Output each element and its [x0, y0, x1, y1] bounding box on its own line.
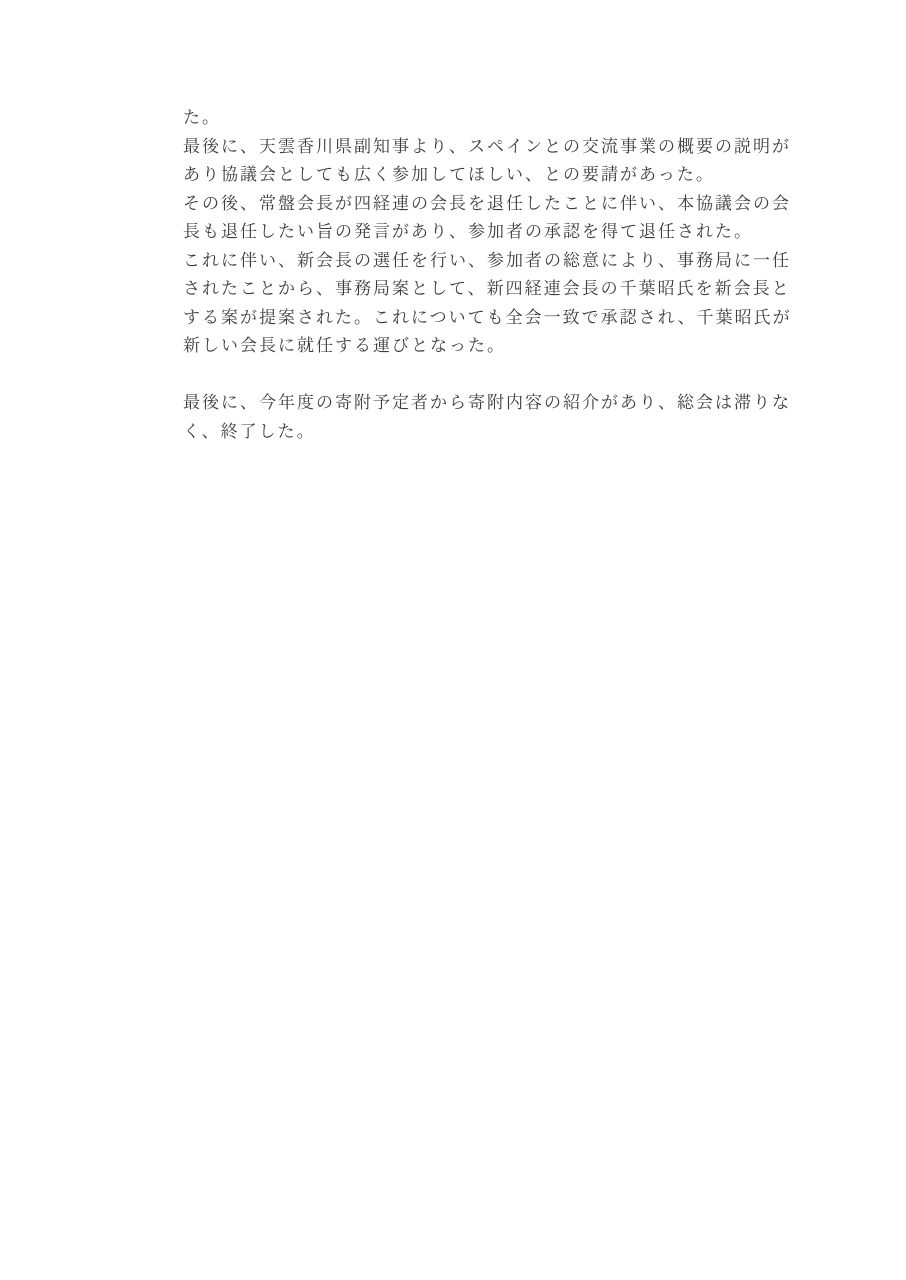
text-line-blank — [183, 361, 801, 390]
text-line: その後、常盤会長が四経連の会長を退任したことに伴い、本協議会の会 — [183, 190, 801, 219]
text-line: 新しい会長に就任する運びとなった。 — [183, 332, 801, 361]
text-line: これに伴い、新会長の選任を行い、参加者の総意により、事務局に一任 — [183, 247, 801, 276]
document-text-block: た。 最後に、天雲香川県副知事より、スペインとの交流事業の概要の説明が あり協議… — [183, 104, 801, 446]
text-line: た。 — [183, 104, 801, 133]
text-line: 最後に、天雲香川県副知事より、スペインとの交流事業の概要の説明が — [183, 133, 801, 162]
text-line: 長も退任したい旨の発言があり、参加者の承認を得て退任された。 — [183, 218, 801, 247]
document-page: た。 最後に、天雲香川県副知事より、スペインとの交流事業の概要の説明が あり協議… — [0, 0, 906, 1280]
text-line: されたことから、事務局案として、新四経連会長の千葉昭氏を新会長と — [183, 275, 801, 304]
text-line: あり協議会としても広く参加してほしい、との要請があった。 — [183, 161, 801, 190]
text-line: 最後に、今年度の寄附予定者から寄附内容の紹介があり、総会は滞りな — [183, 389, 801, 418]
text-line: する案が提案された。これについても全会一致で承認され、千葉昭氏が — [183, 304, 801, 333]
text-line: く、終了した。 — [183, 418, 801, 447]
